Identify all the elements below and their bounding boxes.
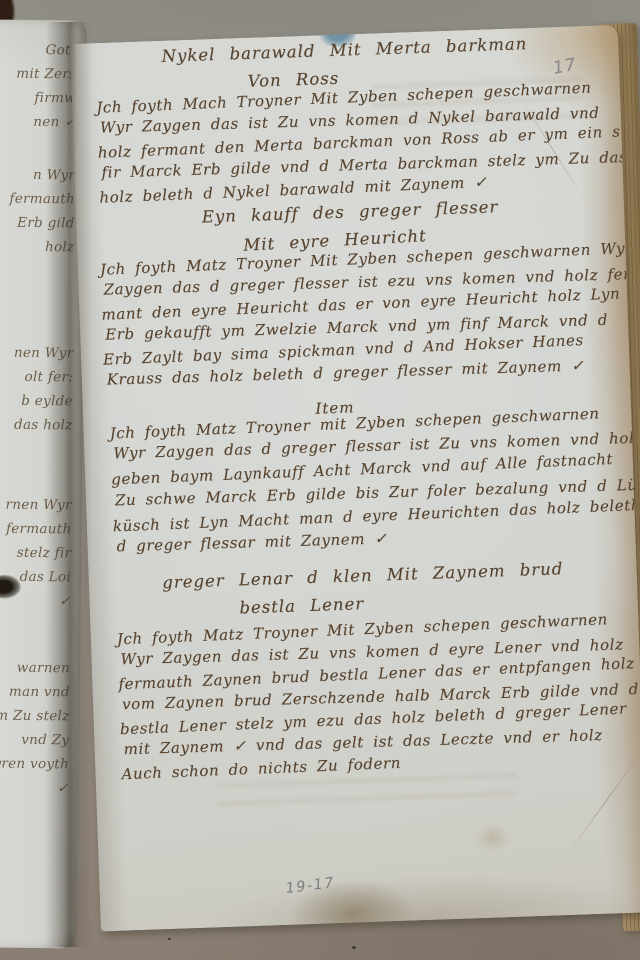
text-line: m Zu stelz bbox=[0, 704, 70, 729]
facing-page-text-fragments: nen Wyrolt fer:b eyldedas holz bbox=[0, 341, 73, 438]
text-line: b eylde bbox=[0, 389, 73, 414]
text-line: Gott bbox=[0, 38, 77, 63]
text-line: fermauth bbox=[0, 187, 75, 212]
text-line: man vnd bbox=[0, 680, 70, 705]
text-line: firmw bbox=[0, 86, 76, 111]
archival-page-note: 19-17 bbox=[285, 875, 336, 897]
text-line: holz bbox=[0, 235, 75, 260]
text-line: ✓ bbox=[0, 776, 69, 801]
entry-3-body: Jch foyth Matz Troyner mit Zyben schepen… bbox=[109, 402, 640, 560]
text-line: n Wyr bbox=[0, 163, 75, 188]
table-speck bbox=[352, 946, 356, 949]
facing-page-text-fragments: warnenman vndm Zu stelzvnd Zyyren voyth✓ bbox=[0, 656, 70, 801]
text-line: das holz bbox=[0, 413, 73, 438]
text-line: rnen Wyr bbox=[0, 493, 72, 518]
text-line: yren voyth bbox=[0, 752, 69, 777]
facing-page-text-fragments: Gottmit Zersfirmwnen ✓ bbox=[0, 38, 77, 135]
text-line: mit Zers bbox=[0, 62, 76, 87]
text-line: warnen bbox=[0, 656, 70, 681]
entry-2-body: Jch foyth Matz Troyner Mit Zyben schepen… bbox=[99, 238, 637, 392]
text-line: Erb gild bbox=[0, 211, 75, 236]
facing-page-text-fragments: n WyrfermauthErb gildholz bbox=[0, 163, 75, 260]
manuscript-page: Nykel barawald Mit Merta barkmanVon Ross… bbox=[70, 25, 640, 932]
table-speck bbox=[168, 938, 171, 940]
entry-1-body: Jch foyth Mach Troyner Mit Zyben schepen… bbox=[96, 76, 640, 208]
text-line: stelz fir bbox=[0, 541, 71, 566]
text-line: fermauth bbox=[0, 517, 72, 542]
manuscript-photo: Gottmit Zersfirmwnen ✓ n WyrfermauthErb … bbox=[0, 0, 640, 960]
text-line: nen ✓ bbox=[0, 110, 76, 135]
entry-4-body: Jch foyth Matz Troyner Mit Zyben schepen… bbox=[116, 609, 638, 784]
text-line: nen Wyr bbox=[0, 341, 73, 366]
text-line: olt fer: bbox=[0, 365, 73, 390]
text-line: vnd Zy bbox=[0, 728, 69, 753]
